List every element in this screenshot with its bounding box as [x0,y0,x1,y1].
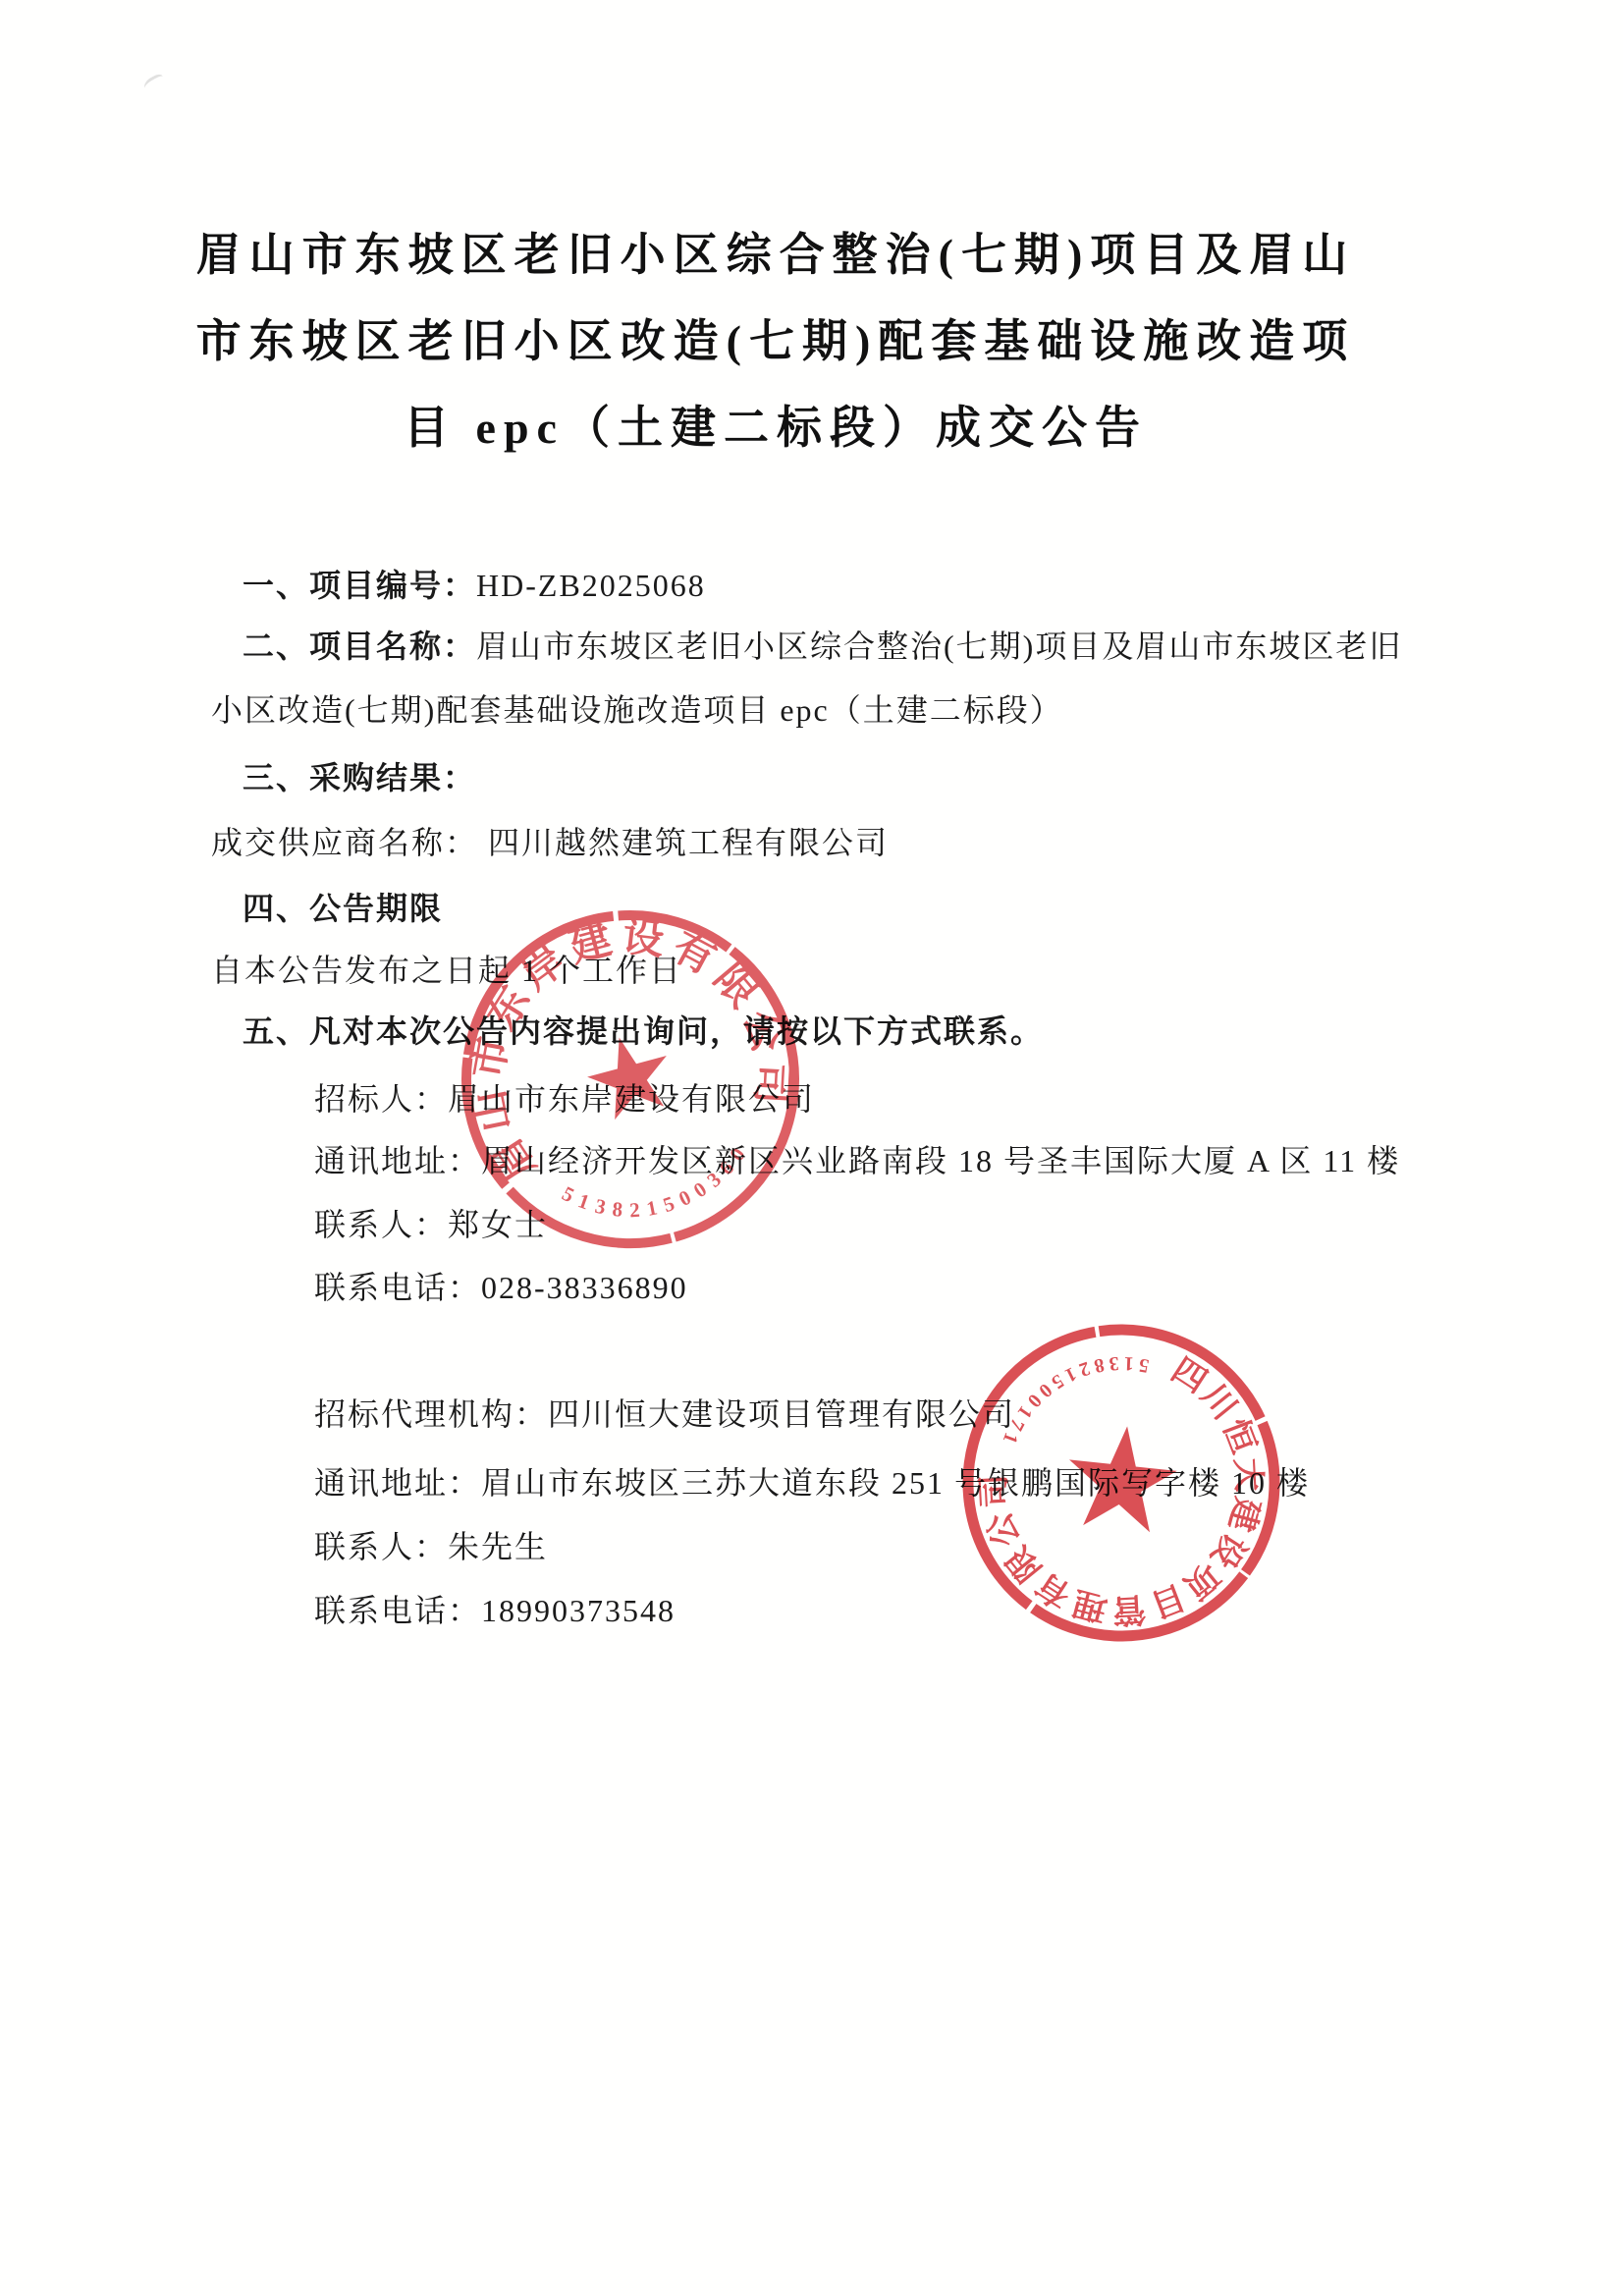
line-procurement-result: 三、采购结果： [243,745,476,810]
star-icon [579,1027,678,1124]
line-tenderer-phone: 联系电话：028-38336890 [314,1255,688,1320]
line-value: 联系电话：18990373548 [314,1593,676,1628]
line-label: 一、项目编号： [243,568,476,603]
line-value: 联系人：朱先生 [314,1529,548,1564]
seal-code-text: 513821500360 [554,1133,765,1243]
line-label: 二、项目名称： [243,629,476,664]
line-agency-contact: 联系人：朱先生 [314,1514,548,1579]
line-value: 眉山市东坡区老旧小区综合整治(七期)项目及眉山市东坡区老旧 [476,629,1402,664]
official-seal-agency: 四川恒大建设项目管理有限公司 513821500171 [949,1311,1293,1655]
line-agency-phone: 联系电话：18990373548 [314,1578,676,1643]
official-seal-tenderer: 眉山市东岸建设有限公司 513821500360 [454,902,807,1256]
line-winning-supplier: 成交供应商名称： 四川越然建筑工程有限公司 [211,810,889,875]
line-agency: 招标代理机构：四川恒大建设项目管理有限公司 [314,1382,1015,1447]
line-value: 小区改造(七期)配套基础设施改造项目 epc（土建二标段） [211,692,1063,728]
line-value: 联系电话：028-38336890 [314,1270,688,1305]
seal-company-text: 眉山市东岸建设有限公司 [454,902,807,1193]
line-value: 成交供应商名称： 四川越然建筑工程有限公司 [211,825,889,860]
line-project-number: 一、项目编号：HD-ZB2025068 [243,553,706,618]
line-value: HD-ZB2025068 [476,568,706,603]
scan-artifact [141,73,167,94]
line-label: 四、公告期限 [243,891,443,926]
line-announcement-period: 四、公告期限 [243,876,443,941]
title-line-1: 眉山市东坡区老旧小区综合整治(七期)项目及眉山 [0,212,1551,299]
star-icon [1052,1416,1197,1559]
document-title: 眉山市东坡区老旧小区综合整治(七期)项目及眉山 市东坡区老旧小区改造(七期)配套… [0,212,1551,471]
line-label: 三、采购结果： [243,760,476,795]
line-value: 招标代理机构：四川恒大建设项目管理有限公司 [314,1396,1015,1432]
seal-code-text: 513821500171 [979,1325,1159,1458]
title-line-3: 目 epc（土建二标段）成交公告 [0,385,1551,471]
line-project-name: 二、项目名称：眉山市东坡区老旧小区综合整治(七期)项目及眉山市东坡区老旧 [243,614,1402,679]
scanned-document-page: 眉山市东坡区老旧小区综合整治(七期)项目及眉山 市东坡区老旧小区改造(七期)配套… [0,0,1623,2296]
line-project-name-cont: 小区改造(七期)配套基础设施改造项目 epc（土建二标段） [211,678,1063,742]
title-line-2: 市东坡区老旧小区改造(七期)配套基础设施改造项 [0,299,1551,385]
